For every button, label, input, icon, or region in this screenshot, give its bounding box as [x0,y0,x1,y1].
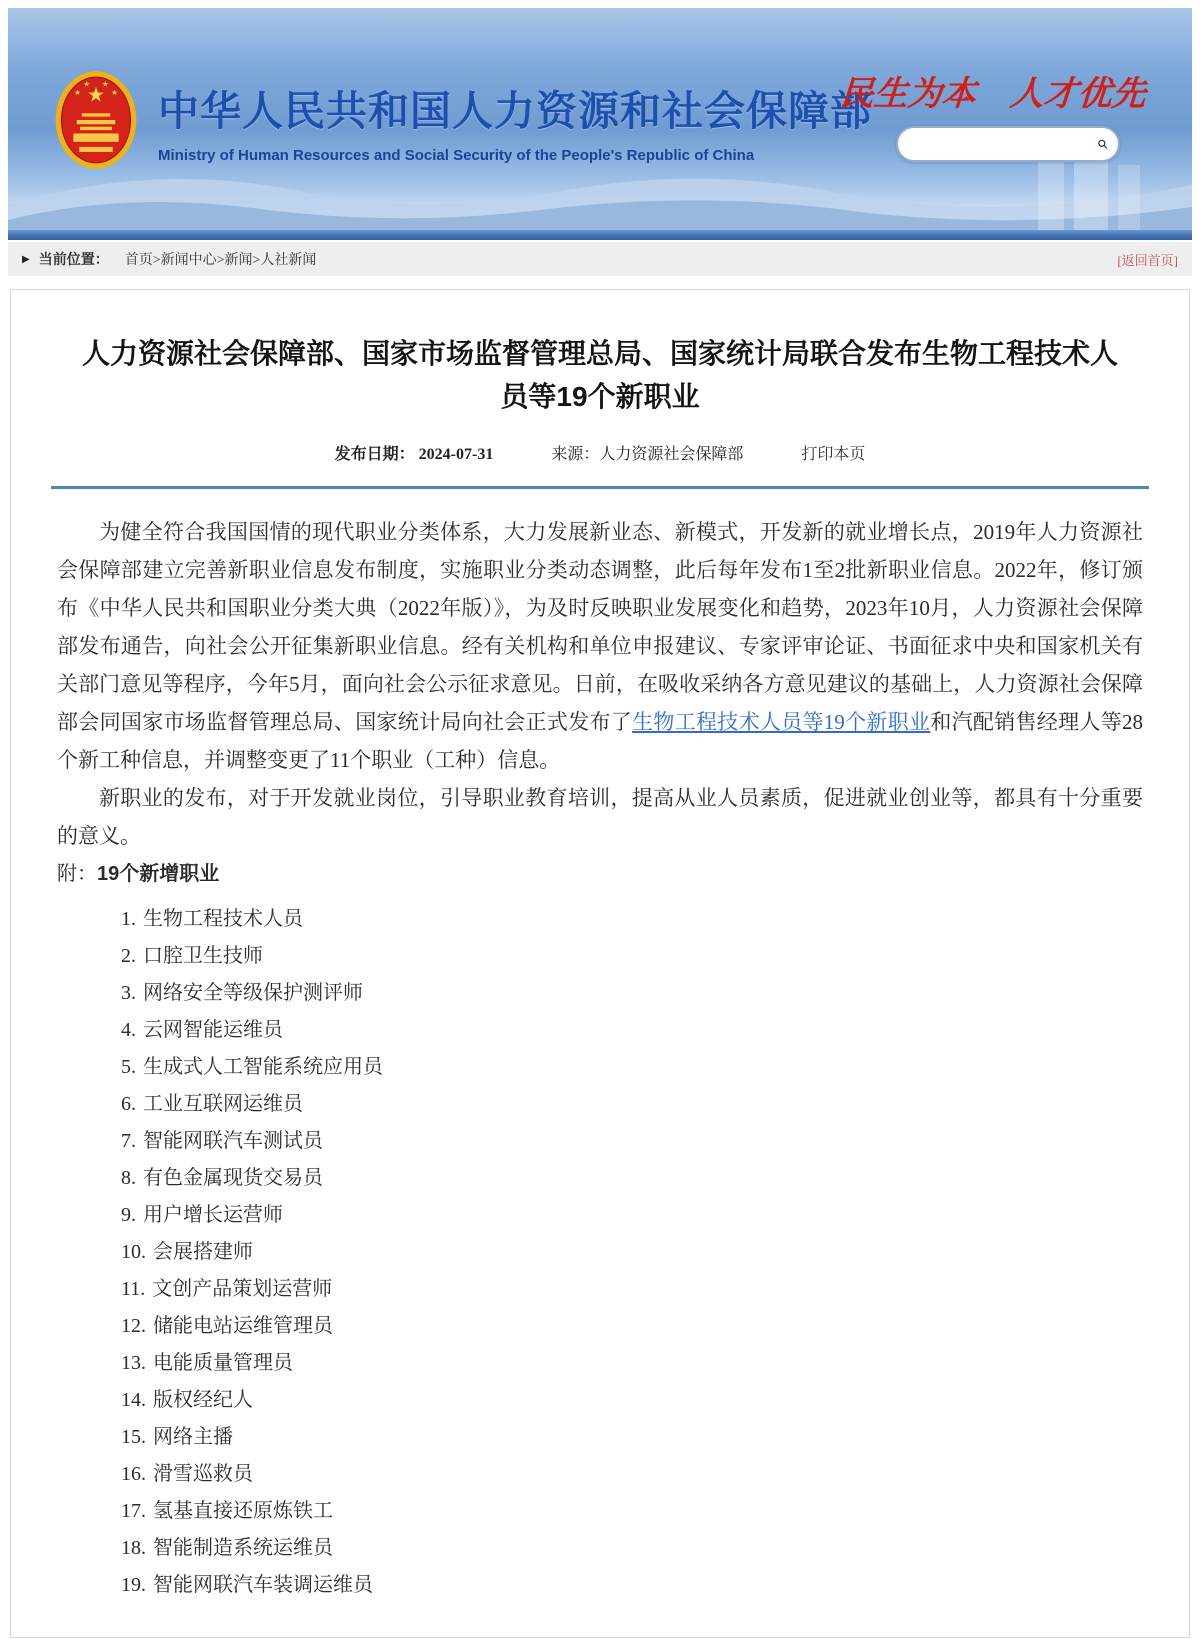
attachment-label: 附： [57,863,97,885]
occupation-item: 15.网络主播 [121,1419,1143,1456]
article-meta: 发布日期：2024-07-31 来源：人力资源社会保障部 打印本页 [11,441,1189,464]
breadcrumb-path[interactable]: 首页>新闻中心>新闻>人社新闻 [125,249,317,269]
occupation-item: 7.智能网联汽车测试员 [121,1123,1143,1160]
svg-text:★: ★ [74,88,81,97]
attachment-heading: 附：19个新增职业 [57,855,1143,893]
occupation-item: 16.滑雪巡救员 [121,1456,1143,1493]
occupation-item: 1.生物工程技术人员 [121,901,1143,938]
print-page-link[interactable]: 打印本页 [801,441,865,464]
attachment-title: 19个新增职业 [97,863,219,885]
site-title-en: Ministry of Human Resources and Social S… [158,147,872,164]
source-label: 来源： [551,446,599,463]
slogan-left: 民生为本 [838,74,977,114]
occupation-item: 12.储能电站运维管理员 [121,1308,1143,1345]
site-title-cn: 中华人民共和国人力资源和社会保障部 [158,78,872,137]
article-container: 人力资源社会保障部、国家市场监督管理总局、国家统计局联合发布生物工程技术人员等1… [10,289,1190,1638]
svg-text:★: ★ [102,79,109,88]
occupation-item: 9.用户增长运营师 [121,1197,1143,1234]
occupation-item: 5.生成式人工智能系统应用员 [121,1049,1143,1086]
occupation-item: 11.文创产品策划运营师 [121,1271,1143,1308]
p1-text-before: 为健全符合我国国情的现代职业分类体系，大力发展新业态、新模式，开发新的就业增长点… [57,520,1143,734]
breadcrumb-bar: ▶ 当前位置： 首页>新闻中心>新闻>人社新闻 [返回首页] [8,242,1192,276]
banner-bottom-strip [8,230,1192,240]
occupation-item: 13.电能质量管理员 [121,1345,1143,1382]
occupation-item: 2.口腔卫生技师 [121,938,1143,975]
article-source: 来源：人力资源社会保障部 [551,441,743,464]
occupation-item: 19.智能网联汽车装调运维员 [121,1567,1143,1604]
new-occupations-link[interactable]: 生物工程技术人员等19个新职业 [632,710,930,734]
blue-divider [51,486,1149,489]
occupation-list: 1.生物工程技术人员 2.口腔卫生技师 3.网络安全等级保护测评师 4.云网智能… [57,901,1143,1604]
breadcrumb-arrow-icon: ▶ [22,254,30,265]
occupation-item: 17.氢基直接还原炼铁工 [121,1493,1143,1530]
article-body: 为健全符合我国国情的现代职业分类体系，大力发展新业态、新模式，开发新的就业增长点… [57,513,1143,1604]
occupation-item: 18.智能制造系统运维员 [121,1530,1143,1567]
paragraph-1: 为健全符合我国国情的现代职业分类体系，大力发展新业态、新模式，开发新的就业增长点… [57,513,1143,779]
search-box[interactable] [896,126,1120,162]
banner-titles: 中华人民共和国人力资源和社会保障部 Ministry of Human Reso… [158,78,872,164]
search-input[interactable] [912,135,1097,153]
slogan-calligraphy: 民生为本人才优先 [838,66,1147,115]
publish-date: 发布日期：2024-07-31 [335,441,494,464]
occupation-item: 6.工业互联网运维员 [121,1086,1143,1123]
occupation-item: 10.会展搭建师 [121,1234,1143,1271]
back-home-link[interactable]: [返回首页] [1117,250,1178,269]
publish-date-value: 2024-07-31 [419,446,494,463]
svg-text:★: ★ [111,88,118,97]
site-banner: ★ ★ ★ ★ ★ 中华人民共和国人力资源和社会保障部 Ministry of … [8,8,1192,230]
breadcrumb-label: 当前位置： [39,249,109,269]
occupation-item: 14.版权经纪人 [121,1382,1143,1419]
source-value: 人力资源社会保障部 [599,446,743,463]
occupation-item: 3.网络安全等级保护测评师 [121,975,1143,1012]
publish-date-label: 发布日期： [335,446,415,463]
national-emblem-logo: ★ ★ ★ ★ ★ [54,62,138,178]
svg-text:★: ★ [83,79,90,88]
search-icon[interactable] [1097,134,1108,154]
occupation-item: 4.云网智能运维员 [121,1012,1143,1049]
slogan-right: 人才优先 [1008,74,1147,114]
article-title: 人力资源社会保障部、国家市场监督管理总局、国家统计局联合发布生物工程技术人员等1… [75,332,1125,419]
paragraph-2: 新职业的发布，对于开发就业岗位，引导职业教育培训，提高从业人员素质，促进就业创业… [57,779,1143,855]
occupation-item: 8.有色金属现货交易员 [121,1160,1143,1197]
